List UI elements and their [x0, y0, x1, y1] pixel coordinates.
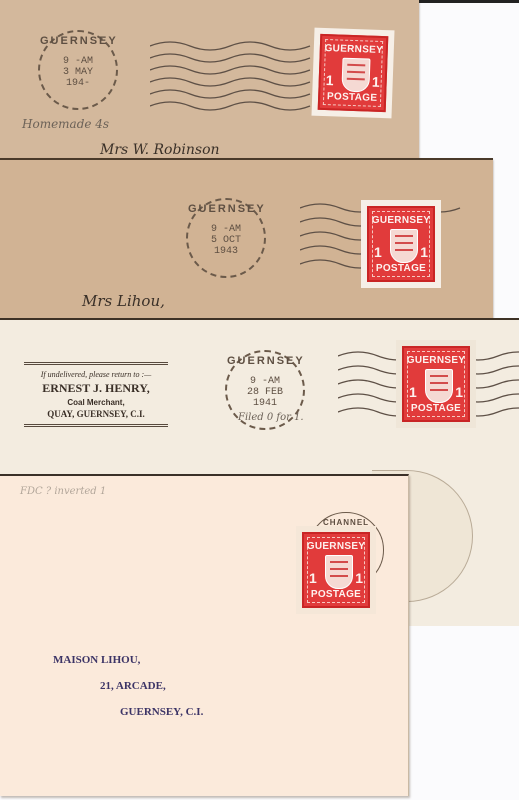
- address-script-2: Mrs Lihou,: [82, 292, 165, 310]
- stamp-2: GUERNSEY 11 POSTAGE: [361, 200, 441, 288]
- arms-icon: [390, 229, 418, 263]
- cover-4: FDC ? inverted 1 CHANNEL ISLANDS GUERNSE…: [0, 474, 409, 796]
- return-address-box: If undelivered, please return to :— ERNE…: [24, 362, 168, 427]
- address-script-1: Mrs W. Robinson: [100, 142, 220, 158]
- cover-2: GUERNSEY 9 -AM5 OCT1943 GUERNSEY 11 POST…: [0, 158, 493, 318]
- address-line-1: MAISON LIHOU,: [53, 654, 140, 666]
- wavy-cancel-1: [150, 38, 320, 118]
- stamp-3: GUERNSEY 11 POSTAGE: [396, 340, 476, 428]
- address-line-2: 21, ARCADE,: [100, 680, 166, 692]
- stamp-1: GUERNSEY 11 POSTAGE: [311, 28, 394, 119]
- arms-icon: [341, 58, 370, 93]
- annotation-4: FDC ? inverted 1: [20, 486, 106, 497]
- postmark-2: GUERNSEY 9 -AM5 OCT1943: [186, 198, 266, 278]
- cover-1: GUERNSEY 9 -AM3 MAY194- GUERNSEY 11 POST…: [0, 0, 419, 162]
- arms-icon: [325, 555, 353, 589]
- stamp-4: GUERNSEY 11 POSTAGE: [296, 526, 376, 614]
- arms-icon: [425, 369, 453, 403]
- annotation-3: Filed 0 for 1.: [238, 412, 304, 423]
- postmark-1: GUERNSEY 9 -AM3 MAY194-: [38, 30, 118, 110]
- annotation-1: Homemade 4s: [22, 117, 109, 131]
- background-edge: [419, 0, 519, 3]
- address-line-3: GUERNSEY, C.I.: [120, 706, 203, 718]
